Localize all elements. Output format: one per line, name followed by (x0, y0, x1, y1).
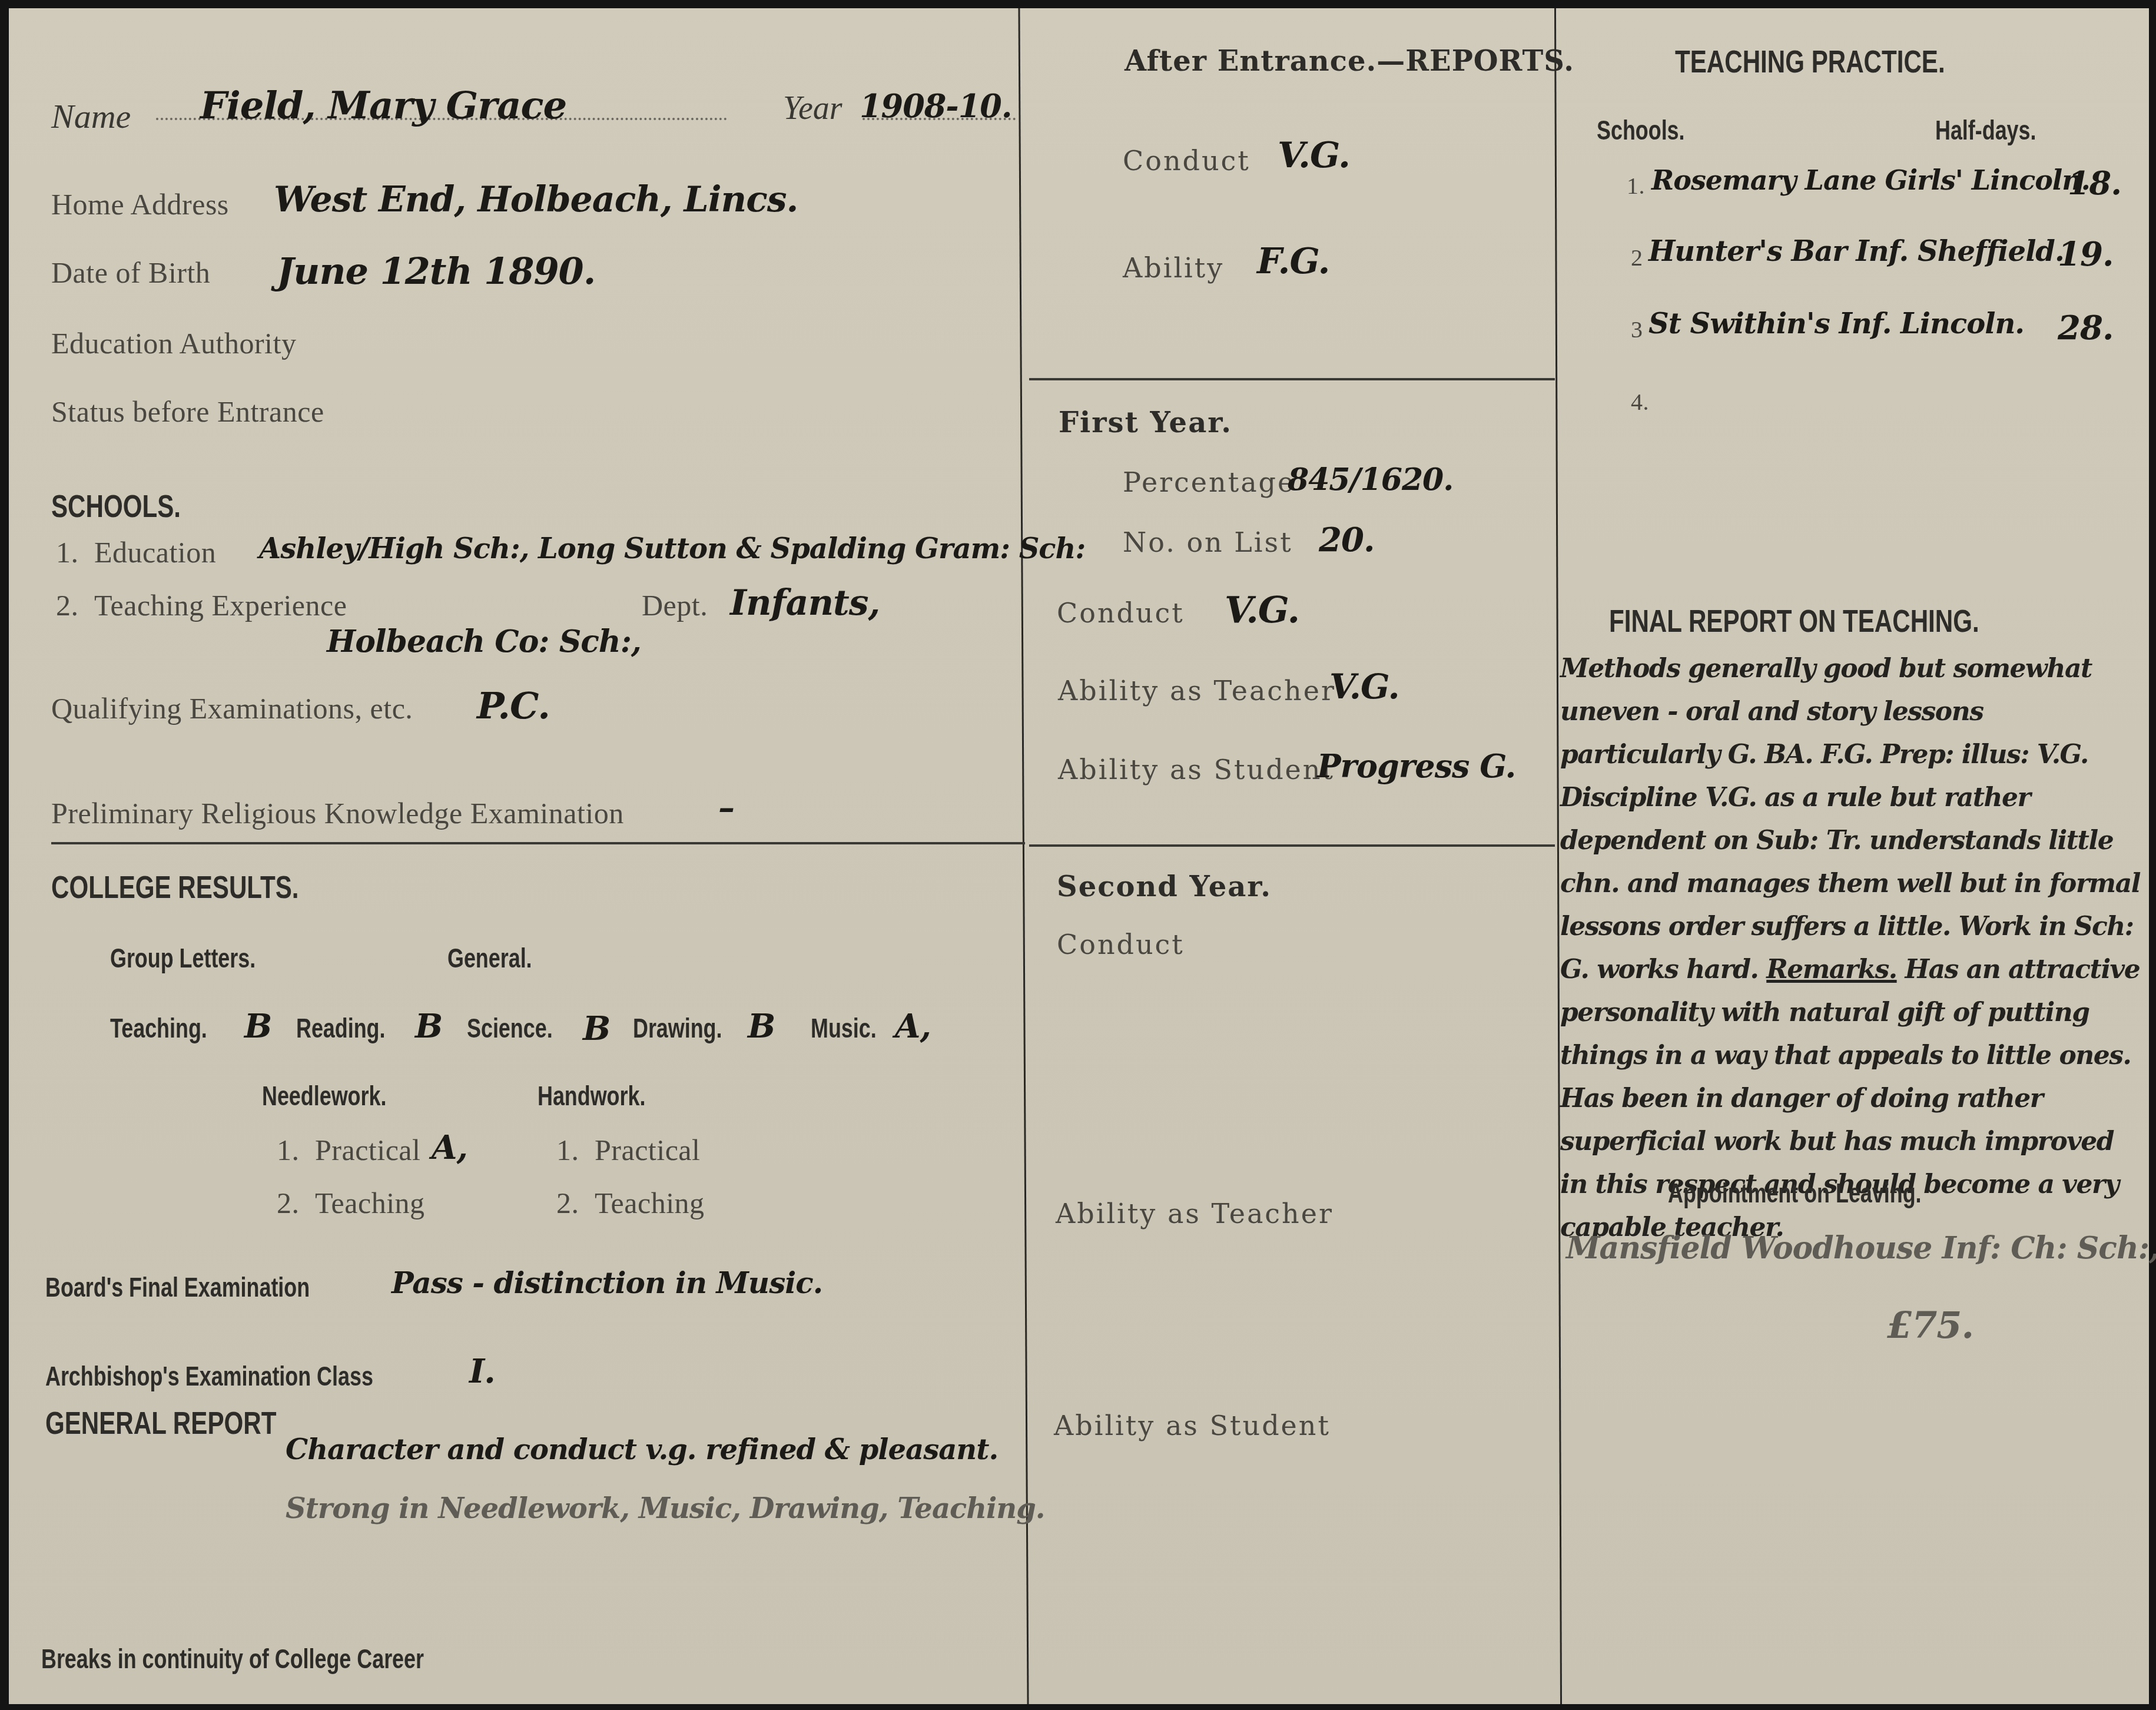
group-letters-label: Group Letters. (110, 942, 256, 974)
after-entrance-heading: After Entrance.—REPORTS. (1125, 45, 1574, 78)
name-label: Name (51, 97, 131, 136)
needlework-teaching-label: Teaching (315, 1186, 425, 1220)
after-entrance-ability-value: F.G. (1257, 241, 1329, 282)
education-num: 1. (56, 535, 79, 569)
subject-science-label: Science. (467, 1012, 553, 1044)
first-year-divider (1029, 844, 1555, 847)
year-value: 1908-10. (860, 87, 1012, 125)
schools-column-header: Schools. (1597, 114, 1685, 146)
education-label: Education (94, 535, 216, 569)
handwork-heading: Handwork. (538, 1080, 645, 1112)
dept-value: Infants, (730, 582, 880, 624)
qualifying-exams-label: Qualifying Examinations, etc. (51, 691, 413, 725)
entry-number: 1. (1627, 172, 1645, 200)
second-year-conduct-label: Conduct (1057, 929, 1185, 960)
entry-halfdays: 18. (2068, 164, 2121, 202)
entry-school: Hunter's Bar Inf. Sheffield. (1648, 235, 2064, 268)
handwork-practical-num: 1. (556, 1133, 579, 1167)
subject-teaching-grade: B (244, 1007, 271, 1046)
subject-reading-label: Reading. (296, 1012, 386, 1044)
archbishop-exam-label: Archbishop's Examination Class (45, 1360, 373, 1392)
archbishop-exam-value: I. (469, 1352, 495, 1391)
education-authority-label: Education Authority (51, 326, 296, 360)
teaching-experience-value: Holbeach Co: Sch:, (327, 624, 641, 660)
prelim-religious-label: Preliminary Religious Knowledge Examinat… (51, 796, 624, 830)
second-year-ability-student-label: Ability as Student (1054, 1410, 1331, 1441)
name-value: Field, Mary Grace (200, 84, 566, 128)
second-year-ability-teacher-label: Ability as Teacher (1056, 1198, 1334, 1230)
needlework-practical-label: Practical (315, 1133, 420, 1167)
year-label: Year (783, 90, 843, 127)
teaching-experience-num: 2. (56, 588, 79, 622)
after-entrance-ability-label: Ability (1123, 252, 1224, 284)
entry-school: Rosemary Lane Girls' Lincoln. (1651, 164, 2090, 196)
boards-final-label: Board's Final Examination (45, 1271, 310, 1303)
first-year-ability-student-value: Progress G. (1317, 747, 1515, 785)
final-report-heading: FINAL REPORT ON TEACHING. (1609, 603, 1979, 639)
no-on-list-label: No. on List (1123, 526, 1293, 558)
handwork-teaching-num: 2. (556, 1186, 579, 1220)
after-entrance-conduct-label: Conduct (1123, 145, 1251, 177)
entry-halfdays: 19. (2058, 235, 2113, 274)
no-on-list-value: 20. (1319, 521, 1374, 559)
subject-teaching-label: Teaching. (110, 1012, 207, 1044)
second-year-heading: Second Year. (1057, 870, 1272, 903)
first-year-heading: First Year. (1059, 406, 1232, 439)
subject-reading-grade: B (415, 1007, 442, 1046)
first-year-conduct-value: V.G. (1225, 588, 1299, 631)
teaching-practice-heading: TEACHING PRACTICE. (1675, 44, 1945, 80)
teaching-experience-label: Teaching Experience (94, 588, 347, 622)
qualifying-exams-value: P.C. (477, 684, 550, 727)
education-value: Ashley/High Sch:, Long Sutton & Spalding… (259, 532, 1085, 565)
after-entrance-divider (1029, 378, 1555, 380)
boards-final-value: Pass - distinction in Music. (392, 1265, 822, 1300)
entry-school: St Swithin's Inf. Lincoln. (1648, 307, 2024, 340)
entry-halfdays: 28. (2058, 309, 2113, 347)
remarks-label: Remarks. (1766, 955, 1896, 985)
left-section-divider (51, 842, 1025, 844)
college-results-heading: COLLEGE RESULTS. (51, 869, 298, 906)
record-card: Name Field, Mary Grace Year 1908-10. Hom… (9, 8, 2149, 1704)
general-report-line1: Character and conduct v.g. refined & ple… (286, 1433, 998, 1466)
entry-number: 2 (1631, 244, 1643, 271)
column-divider-left (1018, 8, 1029, 1704)
entry-number: 3 (1631, 316, 1643, 343)
needlework-teaching-num: 2. (277, 1186, 300, 1220)
subject-drawing-label: Drawing. (633, 1012, 722, 1044)
general-report-label: GENERAL REPORT (45, 1405, 276, 1441)
first-year-ability-teacher-value: V.G. (1329, 667, 1399, 707)
subject-science-grade: B (583, 1009, 610, 1048)
final-report-body: Methods generally good but somewhat unev… (1560, 654, 2140, 985)
appointment-salary: £75. (1887, 1304, 1973, 1347)
general-report-line2: Strong in Needlework, Music, Drawing, Te… (286, 1492, 1045, 1525)
needlework-heading: Needlework. (262, 1080, 386, 1112)
subject-music-label: Music. (811, 1012, 877, 1044)
schools-heading: SCHOOLS. (51, 488, 181, 525)
first-year-ability-teacher-label: Ability as Teacher (1058, 675, 1336, 707)
subject-music-grade: A, (895, 1007, 931, 1046)
first-year-ability-student-label: Ability as Student (1058, 754, 1335, 786)
general-label: General. (447, 942, 532, 974)
prelim-religious-value: – (718, 788, 734, 827)
needlework-practical-grade: A, (432, 1128, 467, 1167)
entry-number: 4. (1631, 388, 1649, 416)
status-before-entrance-label: Status before Entrance (51, 395, 324, 429)
needlework-practical-num: 1. (277, 1133, 300, 1167)
final-report-text: Methods generally good but somewhat unev… (1560, 647, 2146, 1249)
subject-drawing-grade: B (748, 1007, 775, 1046)
handwork-practical-label: Practical (595, 1133, 700, 1167)
after-entrance-conduct-value: V.G. (1278, 135, 1350, 176)
halfdays-column-header: Half-days. (1935, 114, 2036, 146)
percentage-value: 845/1620. (1288, 462, 1453, 498)
breaks-in-continuity-label: Breaks in continuity of College Career (41, 1643, 424, 1675)
first-year-conduct-label: Conduct (1057, 597, 1185, 629)
date-of-birth-value: June 12th 1890. (277, 250, 595, 293)
appointment-value: Mansfield Woodhouse Inf: Ch: Sch:, (1566, 1230, 2156, 1266)
home-address-label: Home Address (51, 187, 229, 221)
percentage-label: Percentage (1123, 466, 1295, 498)
dept-label: Dept. (642, 588, 708, 622)
handwork-teaching-label: Teaching (595, 1186, 705, 1220)
appointment-heading: Appointment on Leaving. (1668, 1177, 1922, 1209)
date-of-birth-label: Date of Birth (51, 256, 210, 290)
home-address-value: West End, Holbeach, Lincs. (274, 179, 798, 220)
